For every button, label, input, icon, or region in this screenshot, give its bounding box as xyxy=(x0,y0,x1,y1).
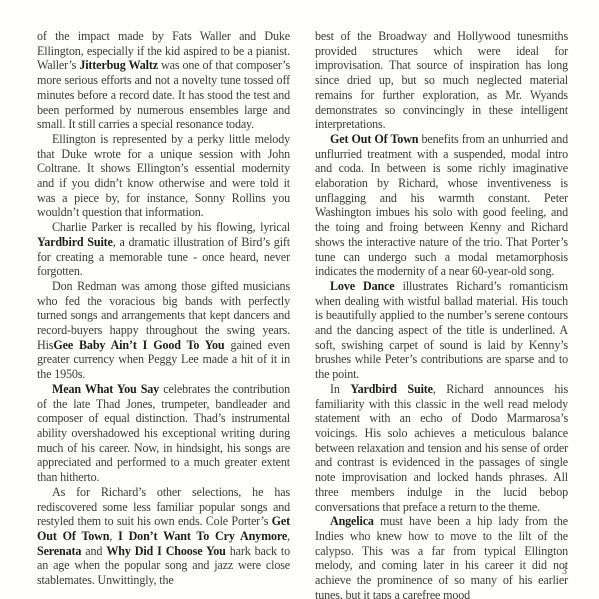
song-title: Gee Baby Ain’t I Good To You xyxy=(53,338,224,352)
text-run: and xyxy=(81,544,106,558)
paragraph: Mean What You Say celebrates the contrib… xyxy=(37,382,290,485)
song-title: Jitterbug Waltz xyxy=(79,58,158,72)
text-run: , xyxy=(287,529,290,543)
left-column: of the impact made by Fats Waller and Du… xyxy=(37,29,290,588)
paragraph: best of the Broadway and Hollywood tunes… xyxy=(315,29,568,132)
text-run: best of the Broadway and Hollywood tunes… xyxy=(315,29,568,131)
paragraph: Charlie Parker is recalled by his flowin… xyxy=(37,220,290,279)
song-title: Why Did I Choose You xyxy=(106,544,225,558)
right-column: best of the Broadway and Hollywood tunes… xyxy=(315,29,568,599)
text-run: celebrates the contribution of the late … xyxy=(37,382,290,484)
paragraph: of the impact made by Fats Waller and Du… xyxy=(37,29,290,132)
song-title: Yardbird Suite xyxy=(37,235,113,249)
paragraph: In Yardbird Suite, Richard announces his… xyxy=(315,382,568,514)
song-title: I Don’t Want To Cry Anymore xyxy=(118,529,287,543)
text-run: illustrates Richard’s romanticism when d… xyxy=(315,279,568,381)
text-run: In xyxy=(330,382,350,396)
text-run: , Richard announces his familiarity with… xyxy=(315,382,568,514)
text-run: benefits from an unhurried and unflurrie… xyxy=(315,132,568,278)
text-run: , xyxy=(109,529,118,543)
paragraph: Don Redman was among those gifted musici… xyxy=(37,279,290,382)
page-number: 3 xyxy=(562,566,567,577)
text-run: Charlie Parker is recalled by his flowin… xyxy=(52,220,290,234)
song-title: Get Out Of Town xyxy=(330,132,418,146)
paragraph: Love Dance illustrates Richard’s romanti… xyxy=(315,279,568,382)
song-title: Yardbird Suite xyxy=(350,382,433,396)
text-run: As for Richard’s other selections, he ha… xyxy=(37,485,290,528)
booklet-page: of the impact made by Fats Waller and Du… xyxy=(0,0,599,599)
paragraph: Ellington is represented by a perky litt… xyxy=(37,132,290,220)
paragraph: As for Richard’s other selections, he ha… xyxy=(37,485,290,588)
paragraph: Get Out Of Town benefits from an unhurri… xyxy=(315,132,568,279)
paragraph: Angelica must have been a hip lady from … xyxy=(315,514,568,599)
song-title: Love Dance xyxy=(330,279,395,293)
song-title: Angelica xyxy=(330,514,374,528)
song-title: Mean What You Say xyxy=(52,382,159,396)
text-run: Ellington is represented by a perky litt… xyxy=(37,132,290,220)
song-title: Serenata xyxy=(37,544,81,558)
